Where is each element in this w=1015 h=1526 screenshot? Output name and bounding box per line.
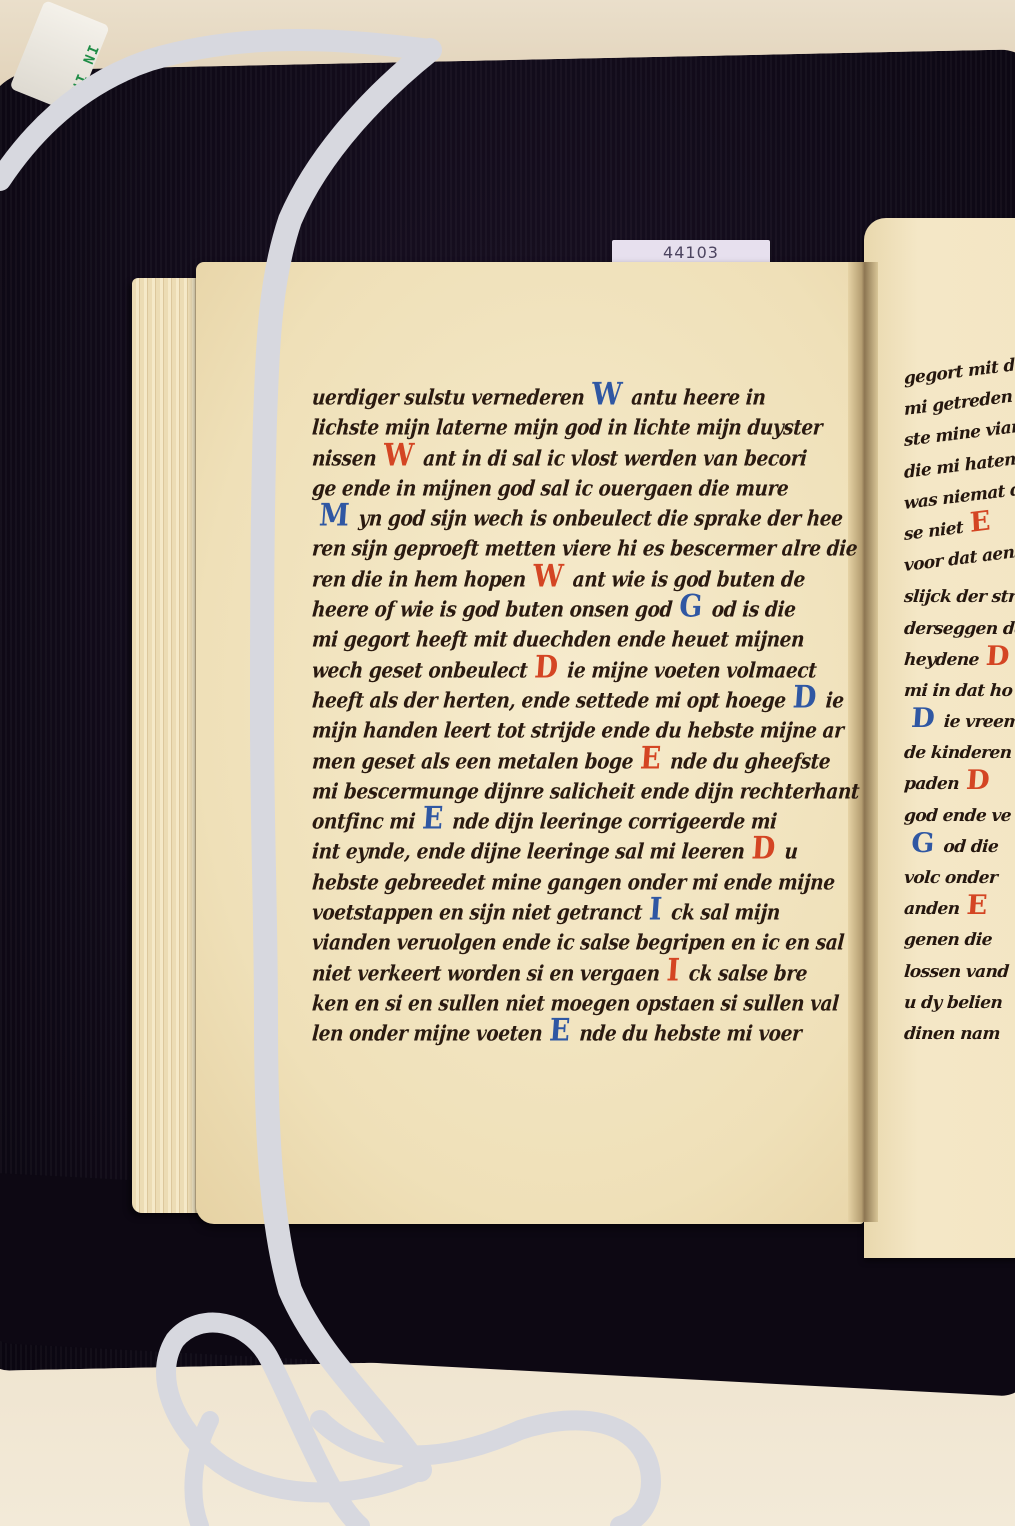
decorated-initial-blue: M — [314, 505, 353, 528]
decorated-initial-red: W — [528, 566, 568, 589]
right-page-text: gegort mit dormi getreden diste mine via… — [904, 364, 1015, 1050]
decorated-initial-red: D — [747, 838, 780, 861]
line-text: u — [784, 841, 799, 865]
line-text: god ende ve — [903, 806, 1011, 826]
line-text: heeft als der herten, ende settede mi op… — [311, 689, 786, 713]
line-text: antu heere in — [630, 386, 766, 410]
line-text: ie — [825, 689, 845, 713]
manuscript-line: slijck der strat — [903, 582, 1015, 613]
decorated-initial-blue: E — [418, 808, 448, 831]
line-text: heydene — [903, 650, 979, 670]
line-text: ken en si en sullen niet moegen opstaen … — [311, 992, 839, 1016]
left-page-text: uerdiger sulstu vernederenWantu heere in… — [312, 384, 842, 1051]
line-text: mijn handen leert tot strijde ende du he… — [311, 720, 844, 744]
line-text: derseggen des — [903, 619, 1015, 639]
line-text: hebste gebreedet mine gangen onder mi en… — [311, 871, 835, 895]
line-text: dinen nam — [903, 1024, 1000, 1044]
line-text: mi in dat ho — [903, 681, 1013, 701]
line-text: mi bescermunge dijnre salicheit ende dij… — [311, 780, 860, 804]
manuscript-line: padenD — [903, 769, 1015, 800]
decorated-initial-red: W — [379, 445, 419, 468]
line-text: genen die — [903, 930, 992, 950]
line-text: ie mijne voeten volmaect — [567, 659, 818, 683]
decorated-initial-red: E — [635, 748, 665, 771]
line-text: wech geset onbeulect — [311, 659, 528, 683]
decorated-initial-blue: G — [675, 596, 707, 619]
manuscript-line: de kinderen — [903, 738, 1015, 769]
line-text: ie vreem — [943, 712, 1015, 732]
line-text: men geset als een metalen boge — [311, 750, 634, 774]
line-text: volc onder — [903, 868, 998, 888]
line-text: vianden veruolgen ende ic salse begripen… — [311, 932, 845, 956]
line-text: voetstappen en sijn niet getranct — [311, 901, 643, 925]
manuscript-line: vianden veruolgen ende ic salse begripen… — [311, 927, 843, 962]
line-text: ontfinc mi — [311, 810, 416, 834]
decorated-initial-red: E — [962, 896, 991, 916]
line-text: ck salse bre — [688, 962, 808, 986]
book-gutter — [848, 262, 878, 1222]
manuscript-line: mijn handen leert tot strijde ende du he… — [311, 715, 843, 750]
manuscript-line: God die — [903, 832, 1015, 863]
line-text: od is die — [711, 598, 796, 622]
line-text: nde du hebste mi voer — [579, 1023, 803, 1047]
decorated-initial-blue: D — [907, 709, 939, 729]
line-text: yn god sijn wech is onbeulect die sprake… — [358, 508, 844, 532]
decorated-initial-red: I — [662, 960, 684, 983]
line-text: u dy belien — [903, 993, 1003, 1013]
line-text: int eynde, ende dijne leeringe sal mi le… — [311, 841, 745, 865]
line-text: nde dijn leeringe corrigeerde mi — [451, 810, 777, 834]
manuscript-line: Die vreem — [903, 707, 1015, 738]
manuscript-line: heydeneD — [903, 645, 1015, 676]
decorated-initial-red: D — [530, 657, 563, 680]
manuscript-line: derseggen des — [903, 614, 1015, 645]
decorated-initial-red: E — [965, 511, 994, 534]
decorated-initial-blue: I — [644, 899, 666, 922]
manuscript-line: andenE — [903, 894, 1015, 925]
line-text: ren die in hem hopen — [311, 568, 526, 592]
line-text: heere of wie is god buten onsen god — [311, 598, 673, 622]
manuscript-line: u dy belien — [903, 988, 1015, 1019]
line-text: lossen vand — [903, 962, 1009, 982]
decorated-initial-blue: E — [545, 1020, 575, 1043]
line-text: anden — [903, 899, 960, 919]
line-text: od die — [943, 837, 999, 857]
decorated-initial-red: D — [981, 647, 1013, 667]
manuscript-line: volc onder — [903, 863, 1015, 894]
line-text: ck sal mijn — [670, 901, 780, 925]
manuscript-line: lossen vand — [903, 957, 1015, 988]
line-text: uerdiger sulstu vernederen — [311, 386, 585, 410]
line-text: nde du gheefste — [669, 750, 831, 774]
line-text: len onder mijne voeten — [311, 1023, 543, 1047]
manuscript-line: genen die — [903, 925, 1015, 956]
line-text: ant in di sal ic vlost werden van becori — [422, 447, 807, 471]
line-text: se niet — [903, 518, 963, 545]
line-text: niet verkeert worden si en vergaen — [311, 962, 660, 986]
line-text: ge ende in mijnen god sal ic ouergaen di… — [311, 477, 789, 501]
decorated-initial-blue: W — [587, 384, 627, 407]
line-text: paden — [903, 774, 959, 794]
line-text: slijck der strat — [903, 587, 1015, 607]
line-text: ren sijn geproeft metten viere hi es bes… — [311, 538, 858, 562]
decorated-initial-red: D — [962, 771, 994, 791]
manuscript-line: dinen nam — [903, 1019, 1015, 1050]
decorated-initial-blue: D — [788, 687, 821, 710]
manuscript-line: mi gegort heeft mit duechden ende heuet … — [311, 624, 843, 659]
line-text: de kinderen — [903, 743, 1012, 763]
manuscript-line: len onder mijne voetenEnde du hebste mi … — [311, 1018, 843, 1053]
decorated-initial-blue: G — [907, 834, 939, 854]
line-text: nissen — [311, 447, 377, 471]
